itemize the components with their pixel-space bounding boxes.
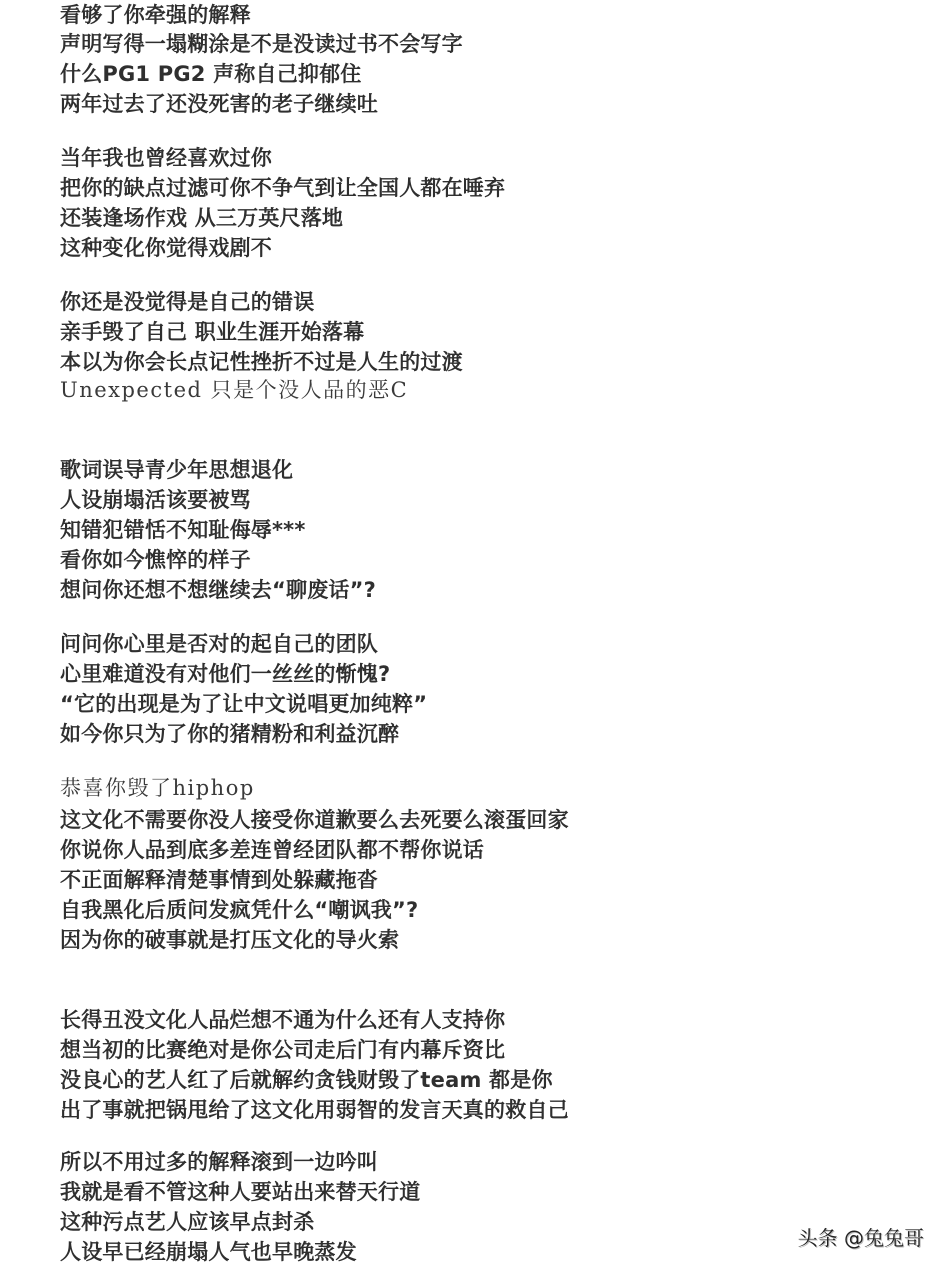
lyric-line: 所以不用过多的解释滚到一边吟叫: [60, 1147, 378, 1177]
lyric-line: 两年过去了还没死害的老子继续吐: [60, 89, 378, 119]
lyric-line: 人设早已经崩塌人气也早晚蒸发: [60, 1237, 357, 1267]
lyric-line: “它的出现是为了让中文说唱更加纯粹”: [60, 689, 427, 719]
lyric-line: 亲手毁了自己 职业生涯开始落幕: [60, 317, 364, 347]
lyric-line: 这种污点艺人应该早点封杀: [60, 1207, 314, 1237]
lyric-line: 声明写得一塌糊涂是不是没读过书不会写字: [60, 29, 463, 59]
lyric-line: 没良心的艺人红了后就解约贪钱财毁了team 都是你: [60, 1065, 553, 1095]
lyric-line: 因为你的破事就是打压文化的导火索: [60, 925, 399, 955]
lyric-line: Unexpected 只是个没人品的恶C: [60, 375, 408, 405]
lyric-line: 歌词误导青少年思想退化: [60, 455, 293, 485]
lyric-line: 你还是没觉得是自己的错误: [60, 287, 314, 317]
lyric-line: 我就是看不管这种人要站出来替天行道: [60, 1177, 420, 1207]
lyric-line: 恭喜你毁了hiphop: [60, 773, 255, 803]
lyric-line: 看你如今憔悴的样子: [60, 545, 251, 575]
lyric-line: 问问你心里是否对的起自己的团队: [60, 629, 378, 659]
lyric-line: 什么PG1 PG2 声称自己抑郁住: [60, 59, 362, 89]
watermark: 头条 @兔兔哥: [798, 1222, 924, 1251]
lyric-line: 心里难道没有对他们一丝丝的惭愧?: [60, 659, 390, 689]
lyric-line: 把你的缺点过滤可你不争气到让全国人都在唾弃: [60, 173, 505, 203]
lyric-line: 出了事就把锅甩给了这文化用弱智的发言天真的救自己: [60, 1095, 569, 1125]
lyric-line: 看够了你牵强的解释: [60, 0, 251, 30]
lyric-line: 人设崩塌活该要被骂: [60, 485, 251, 515]
lyric-line: 你说你人品到底多差连曾经团队都不帮你说话: [60, 835, 484, 865]
lyric-line: 想当初的比赛绝对是你公司走后门有内幕斥资比: [60, 1035, 505, 1065]
lyric-line: 知错犯错恬不知耻侮辱***: [60, 515, 306, 545]
lyric-line: 想问你还想不想继续去“聊废话”?: [60, 575, 376, 605]
lyric-line: 这种变化你觉得戏剧不: [60, 233, 272, 263]
lyric-line: 这文化不需要你没人接受你道歉要么去死要么滚蛋回家: [60, 805, 569, 835]
lyric-line: 不正面解释清楚事情到处躲藏拖沓: [60, 865, 378, 895]
lyric-line: 自我黑化后质问发疯凭什么“嘲讽我”?: [60, 895, 418, 925]
lyric-line: 如今你只为了你的猪精粉和利益沉醉: [60, 719, 399, 749]
lyric-line: 当年我也曾经喜欢过你: [60, 143, 272, 173]
lyric-line: 长得丑没文化人品烂想不通为什么还有人支持你: [60, 1005, 505, 1035]
lyric-line: 本以为你会长点记性挫折不过是人生的过渡: [60, 347, 463, 377]
lyric-line: 还装逢场作戏 从三万英尺落地: [60, 203, 343, 233]
